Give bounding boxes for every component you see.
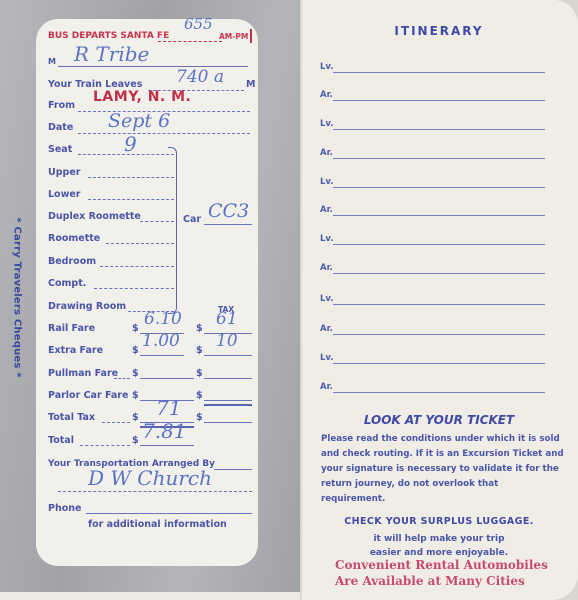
total-tax-dollar: $: [132, 412, 139, 423]
itinerary-row-label: Lv.: [320, 119, 334, 129]
parlor-car-fare-tax-line[interactable]: [204, 400, 252, 401]
rail-fare-dollar: $: [132, 323, 139, 334]
itinerary-panel: ITINERARY Lv. Ar. Lv. Ar. Lv. Ar. Lv. Ar…: [300, 0, 578, 600]
extra-fare-tax-line: [204, 355, 252, 356]
extra-fare-dollar: $: [132, 345, 139, 356]
surplus-luggage-text: it will help make your trip easier and m…: [300, 532, 578, 560]
date-field[interactable]: Sept 6: [108, 110, 170, 132]
total-tax-tax-dollar: $: [196, 412, 203, 423]
am-pm-label: AM-PM: [219, 32, 248, 41]
itinerary-row-line[interactable]: [333, 363, 545, 364]
itinerary-row-label: Ar.: [320, 382, 333, 392]
pullman-fare-amount-line[interactable]: [140, 378, 194, 379]
accommodation-roomette: Roomette: [48, 233, 100, 244]
accommodation-compt: Compt.: [48, 278, 86, 289]
itinerary-row-line[interactable]: [333, 244, 545, 245]
look-at-your-ticket-heading: LOOK AT YOUR TICKET: [300, 413, 578, 427]
rail-fare-tax[interactable]: 61: [216, 309, 238, 329]
total-label: Total: [48, 435, 74, 446]
upper-line[interactable]: [88, 177, 174, 178]
itinerary-row-label: Ar.: [320, 324, 333, 334]
rental-line-1: Convenient Rental Automobiles: [335, 557, 548, 573]
itinerary-row[interactable]: Ar.: [320, 382, 545, 396]
total-amount-line: [140, 445, 194, 446]
rail-fare-tax-dollar: $: [196, 323, 203, 334]
itinerary-row-label: Ar.: [320, 263, 333, 273]
accommodation-drawing-room: Drawing Room: [48, 301, 126, 312]
itinerary-title: ITINERARY: [300, 24, 578, 38]
car-line: [204, 224, 252, 225]
red-tick-mark: [250, 29, 252, 43]
center-fold: [300, 0, 303, 600]
phone-label: Phone: [48, 503, 81, 514]
parlor-car-fare-dollar: $: [132, 390, 139, 401]
pullman-fare-tax-dollar: $: [196, 368, 203, 379]
extra-fare-tax[interactable]: 10: [216, 331, 238, 351]
itinerary-row-line[interactable]: [333, 392, 545, 393]
roomette-line[interactable]: [106, 243, 174, 244]
total-tax-leader: [102, 422, 130, 423]
phone-field[interactable]: [86, 513, 252, 514]
extra-fare-amount-line: [140, 355, 184, 356]
rail-fare-label: Rail Fare: [48, 323, 95, 334]
date-label: Date: [48, 122, 73, 133]
ticket-envelope: * Carry Travelers Cheques * BUS DEPARTS …: [0, 0, 300, 600]
from-station-stamp[interactable]: LAMY, N. M.: [93, 89, 191, 105]
itinerary-row-label: Lv.: [320, 177, 334, 187]
itinerary-row-line[interactable]: [333, 100, 545, 101]
accommodation-upper: Upper: [48, 167, 80, 178]
car-field[interactable]: CC3: [208, 200, 249, 222]
itinerary-row-label: Ar.: [320, 205, 333, 215]
train-leaves-suffix: M: [246, 79, 255, 90]
itinerary-row[interactable]: Ar.: [320, 205, 545, 219]
itinerary-row-line[interactable]: [333, 129, 545, 130]
pullman-fare-leader: [114, 378, 130, 379]
itinerary-row-label: Lv.: [320, 234, 334, 244]
rental-line-2: Are Available at Many Cities: [335, 573, 548, 589]
itinerary-row[interactable]: Ar.: [320, 263, 545, 277]
parlor-car-fare-tax-dollar: $: [196, 390, 203, 401]
seat-field[interactable]: 9: [124, 132, 137, 156]
phone-footer-note: for additional information: [88, 519, 227, 530]
extra-fare-tax-dollar: $: [196, 345, 203, 356]
itinerary-row-label: Lv.: [320, 62, 334, 72]
seat-label: Seat: [48, 144, 72, 155]
pullman-fare-label: Pullman Fare: [48, 368, 118, 379]
bus-departs-label: BUS DEPARTS SANTA FE: [48, 31, 169, 41]
lower-line[interactable]: [88, 199, 174, 200]
compt-line[interactable]: [94, 288, 174, 289]
itinerary-row-line[interactable]: [333, 215, 545, 216]
train-leaves-field[interactable]: 740 a: [176, 67, 224, 87]
accommodation-bedroom: Bedroom: [48, 256, 96, 267]
itinerary-row[interactable]: Lv.: [320, 62, 545, 76]
total-amount[interactable]: 7.81: [142, 419, 187, 443]
accommodation-duplex-roomette: Duplex Roomette: [48, 211, 141, 222]
bus-departs-line: [158, 41, 222, 42]
itinerary-row-line[interactable]: [333, 304, 545, 305]
bedroom-line[interactable]: [100, 266, 174, 267]
itinerary-row-label: Ar.: [320, 148, 333, 158]
travelers-cheques-side-text: * Carry Travelers Cheques *: [2, 190, 32, 405]
total-tax-amount[interactable]: 71: [156, 396, 181, 420]
luggage-line-1: it will help make your trip: [300, 532, 578, 546]
itinerary-row-label: Lv.: [320, 353, 334, 363]
pullman-fare-dollar: $: [132, 368, 139, 379]
surplus-luggage-heading: CHECK YOUR SURPLUS LUGGAGE.: [300, 516, 578, 527]
itinerary-row[interactable]: Ar.: [320, 148, 545, 162]
itinerary-row[interactable]: Lv.: [320, 234, 545, 248]
itinerary-row-line[interactable]: [333, 72, 545, 73]
itinerary-row[interactable]: Lv.: [320, 353, 545, 367]
tax-subtotal-rule: [204, 404, 252, 406]
itinerary-row-line[interactable]: [333, 273, 545, 274]
total-tax-tax-line: [204, 422, 252, 423]
itinerary-row-label: Lv.: [320, 294, 334, 304]
itinerary-row[interactable]: Ar.: [320, 90, 545, 104]
side-text-label: * Carry Travelers Cheques *: [12, 217, 23, 377]
itinerary-row-line[interactable]: [333, 158, 545, 159]
arranged-by-line-top: [214, 469, 252, 470]
total-dollar: $: [132, 435, 139, 446]
parlor-car-fare-label: Parlor Car Fare: [48, 390, 128, 401]
itinerary-row[interactable]: Lv.: [320, 177, 545, 191]
passenger-name-field[interactable]: R Tribe: [74, 42, 149, 66]
accommodation-lower: Lower: [48, 189, 81, 200]
itinerary-row[interactable]: Lv.: [320, 119, 545, 133]
car-label: Car: [183, 214, 201, 225]
rail-fare-amount[interactable]: 6.10: [144, 309, 182, 329]
extra-fare-amount[interactable]: 1.00: [142, 331, 180, 351]
arranged-by-signature[interactable]: D W Church: [88, 466, 212, 490]
itinerary-row-label: Ar.: [320, 90, 333, 100]
envelope-bottom-edge: [0, 592, 300, 600]
itinerary-row-line[interactable]: [333, 187, 545, 188]
itinerary-row[interactable]: Lv.: [320, 294, 545, 308]
itinerary-row-line[interactable]: [333, 334, 545, 335]
ticket-card: BUS DEPARTS SANTA FE 655 AM-PM M R Tribe…: [36, 19, 258, 566]
pullman-fare-tax-line[interactable]: [204, 378, 252, 379]
total-leader: [80, 445, 130, 446]
name-prefix: M: [48, 57, 56, 66]
total-tax-label: Total Tax: [48, 412, 95, 423]
itinerary-row[interactable]: Ar.: [320, 324, 545, 338]
from-label: From: [48, 100, 75, 111]
bus-departs-value[interactable]: 655: [184, 15, 213, 33]
ticket-conditions-notice: Please read the conditions under which i…: [321, 432, 565, 507]
date-line: [78, 133, 250, 134]
extra-fare-label: Extra Fare: [48, 345, 103, 356]
rental-automobiles-stamp: Convenient Rental Automobiles Are Availa…: [335, 557, 548, 589]
accommodation-brace: [168, 147, 177, 314]
arranged-by-line: [58, 491, 252, 492]
